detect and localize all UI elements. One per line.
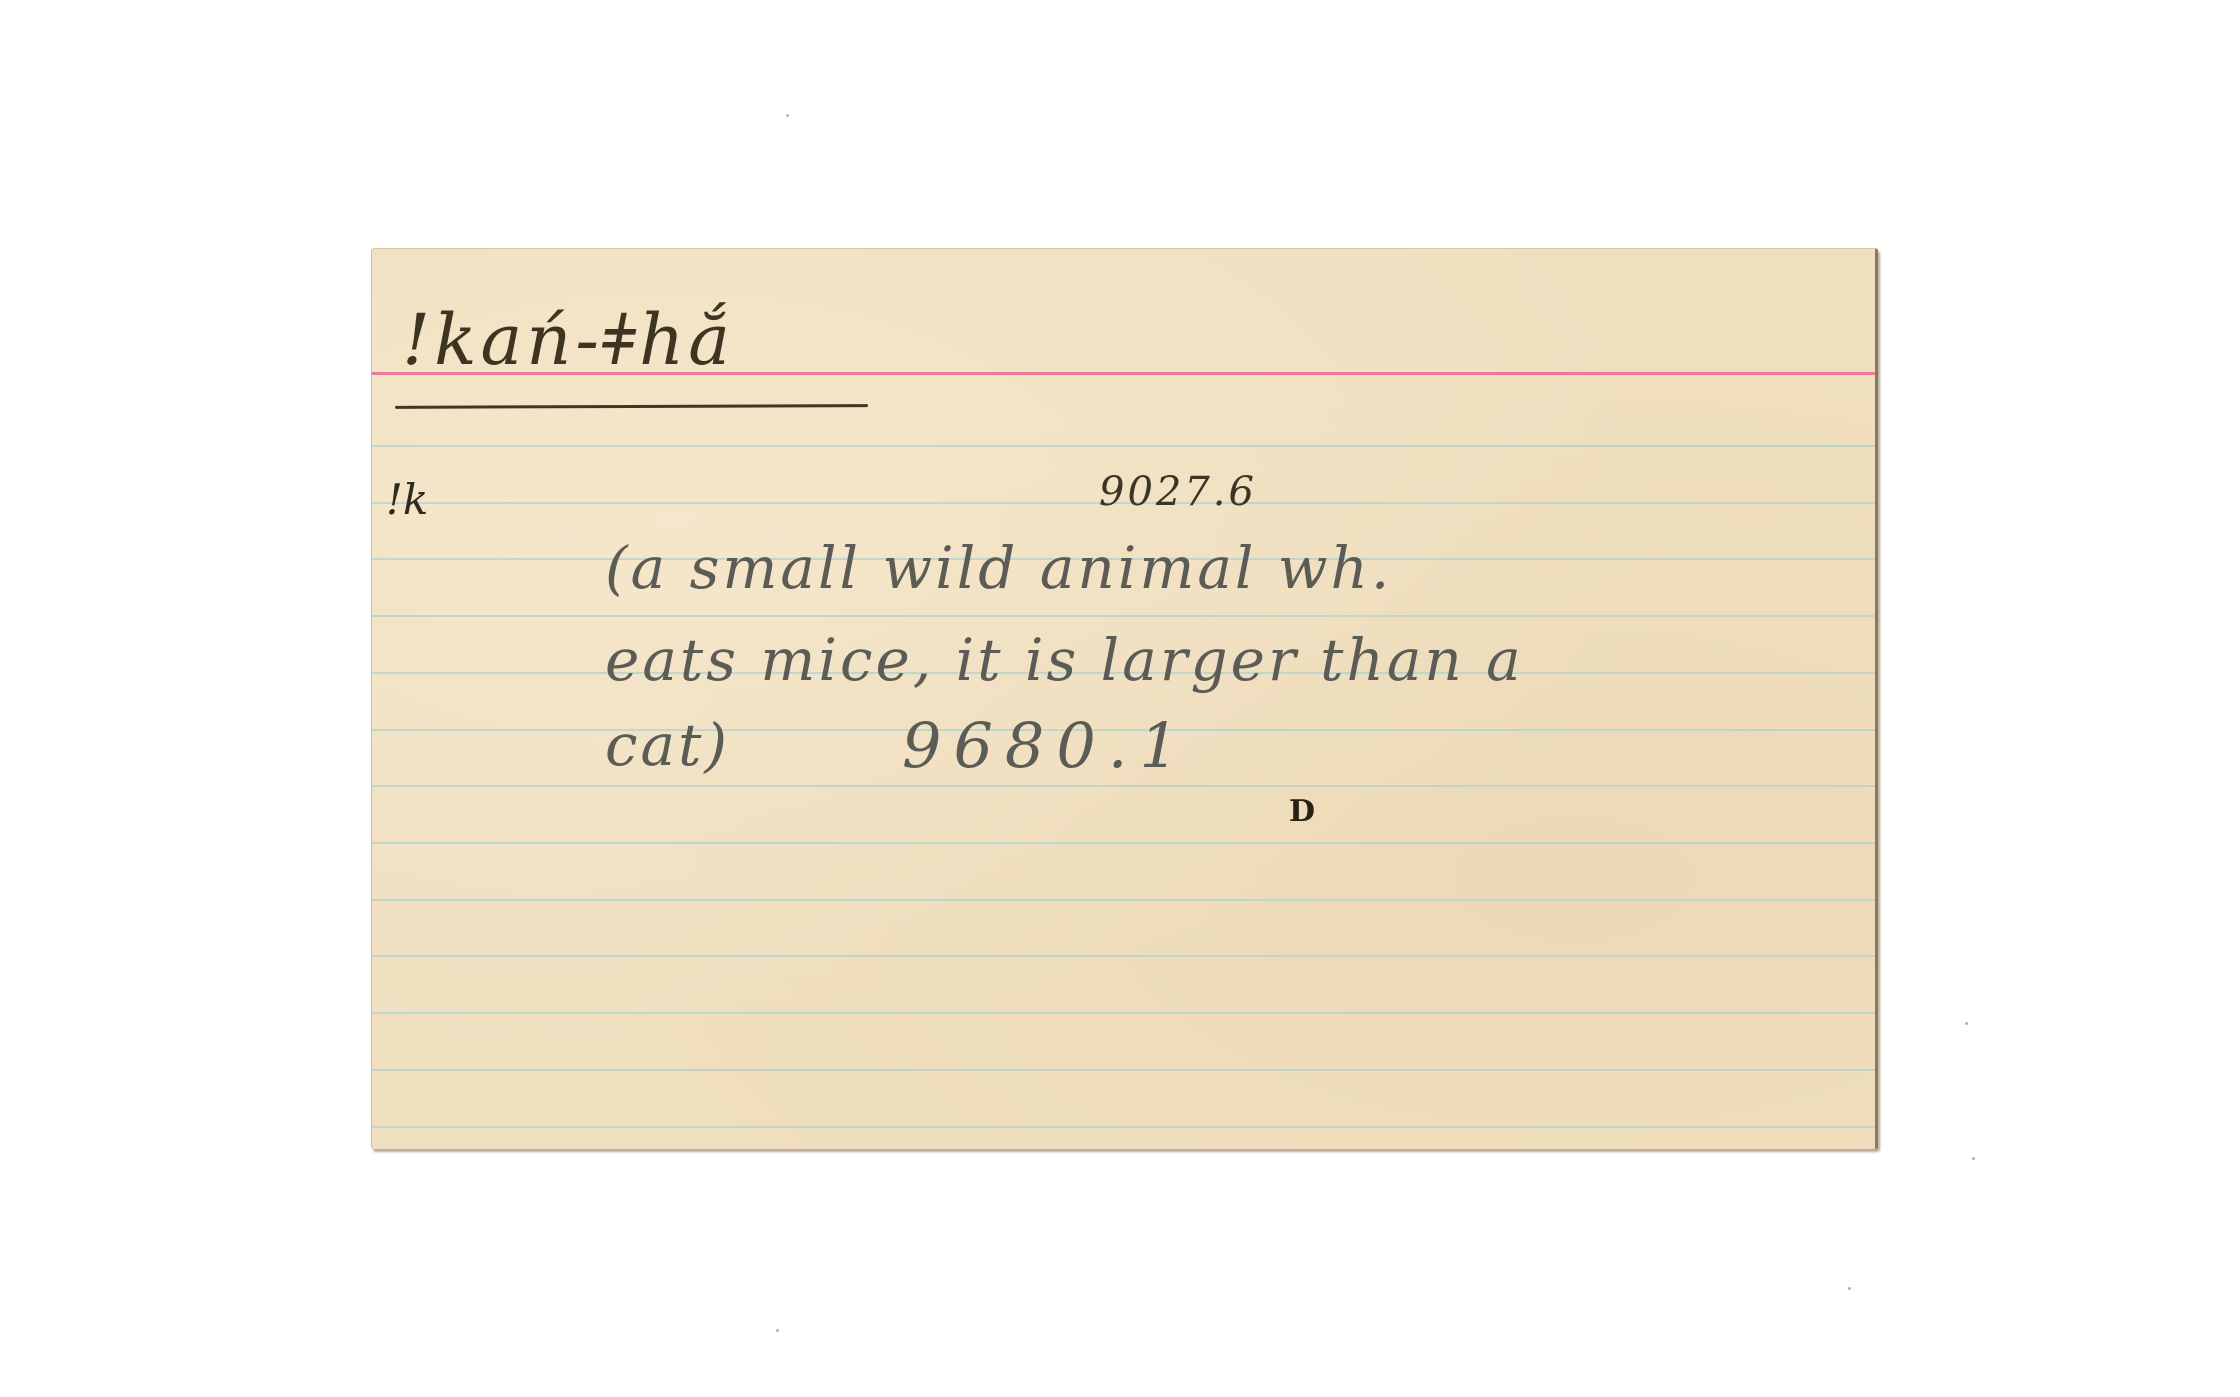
- ruled-line: [372, 899, 1875, 901]
- ruled-line: [372, 445, 1875, 447]
- ruled-line: [372, 615, 1875, 617]
- ruled-line: [372, 785, 1875, 787]
- definition-line: (a small wild animal wh.: [605, 534, 1392, 602]
- reference-number-bottom: 9680.1: [902, 709, 1191, 782]
- index-card: !kań-ǂhắ !k 9027.6 (a small wild animal …: [371, 248, 1878, 1149]
- category-label: !k: [386, 475, 428, 524]
- definition-line: cat): [605, 711, 730, 779]
- scan-speck: [1972, 1157, 1975, 1160]
- ruled-line: [372, 1069, 1875, 1071]
- headword-underline: [395, 404, 868, 409]
- scan-speck: [1848, 1287, 1851, 1290]
- headword: !kań-ǂhắ: [402, 299, 734, 381]
- definition-line: eats mice, it is larger than a: [605, 626, 1524, 694]
- ruled-line: [372, 1126, 1875, 1128]
- ruled-line: [372, 842, 1875, 844]
- reference-number-top: 9027.6: [1099, 469, 1257, 515]
- ruled-line: [372, 955, 1875, 957]
- scan-speck: [1965, 1022, 1968, 1025]
- scan-speck: [776, 1329, 779, 1332]
- ruled-line: [372, 1012, 1875, 1014]
- scan-speck: [786, 114, 789, 117]
- card-mark: D: [1289, 794, 1315, 829]
